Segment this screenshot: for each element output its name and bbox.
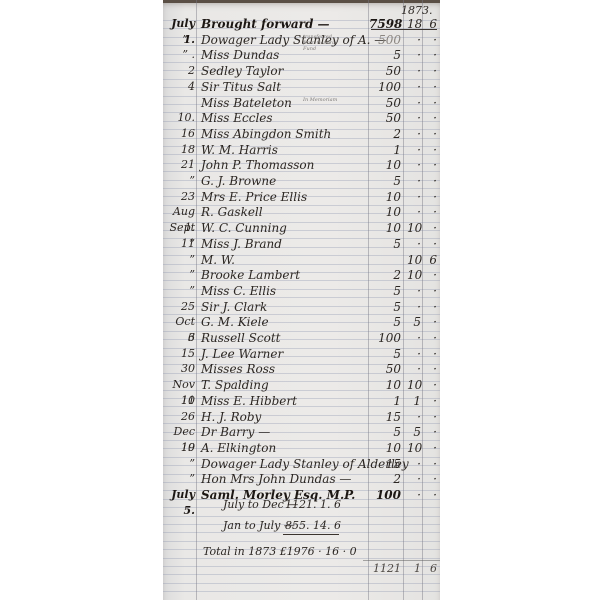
- ledger-row: 18W. M. Harris1··: [163, 142, 440, 158]
- entry-pence: ·: [425, 267, 437, 283]
- entry-date: July 5.: [165, 487, 195, 519]
- entry-pounds: 5: [369, 424, 401, 440]
- ledger-row: ”Hon Mrs John Dundas —2··: [163, 471, 440, 487]
- entry-pounds: 15: [369, 456, 401, 472]
- entry-shillings: ·: [407, 204, 421, 220]
- entry-date: ” .: [165, 47, 195, 63]
- entry-name: R. Gaskell: [201, 204, 263, 220]
- ledger-row: 30Misses Ross50··: [163, 361, 440, 377]
- entry-date: ”: [165, 283, 195, 299]
- ledger-row: ”M. W.106: [163, 252, 440, 268]
- ledger-row: 2Sedley Taylor50··: [163, 63, 440, 79]
- entry-date: ”: [165, 236, 195, 252]
- ledger-row: Oct 3G. M. Kiele55·: [163, 314, 440, 330]
- entry-shillings: ·: [407, 157, 421, 173]
- entry-pence: 6: [425, 252, 437, 268]
- entry-pence: ·: [425, 110, 437, 126]
- entry-pence: ·: [425, 63, 437, 79]
- ledger-row: 21John P. Thomasson10··: [163, 157, 440, 173]
- entry-name: Sir J. Clark: [201, 299, 267, 315]
- entry-date: 23: [165, 189, 195, 205]
- entry-shillings: 18: [407, 16, 421, 32]
- entry-name: G. M. Kiele: [201, 314, 269, 330]
- entry-pounds: 10: [369, 377, 401, 393]
- ruled-line: [163, 558, 440, 559]
- entry-shillings: 10: [407, 440, 421, 456]
- entry-pence: ·: [425, 377, 437, 393]
- entry-name: Miss E. Hibbert: [201, 393, 297, 409]
- entry-date: 11: [165, 393, 195, 409]
- entry-name: W. C. Cunning: [201, 220, 287, 236]
- entry-pence: ·: [425, 204, 437, 220]
- entry-name: Mrs E. Price Ellis: [201, 189, 307, 205]
- entry-shillings: ·: [407, 283, 421, 299]
- entry-pounds: 5: [369, 236, 401, 252]
- entry-shillings: 10: [407, 252, 421, 268]
- entry-shillings: ·: [407, 95, 421, 111]
- entry-pence: ·: [425, 409, 437, 425]
- entry-date: ”: [165, 267, 195, 283]
- summary-line-july-dec: July to Dec — 1121. 1. 6: [223, 498, 298, 511]
- ledger-row: ”Dowager Lady Stanley of Alderley15··: [163, 456, 440, 472]
- entry-pence: ·: [425, 189, 437, 205]
- entry-date: 25: [165, 299, 195, 315]
- entry-pounds: 10: [369, 220, 401, 236]
- entry-date: 15: [165, 346, 195, 362]
- entry-pounds: 50: [369, 63, 401, 79]
- ledger-row: ” .Dowager Lady Stanley of A. —transferr…: [163, 32, 440, 48]
- entry-pounds: 100: [369, 330, 401, 346]
- entry-pence: ·: [425, 471, 437, 487]
- entry-pence: ·: [425, 236, 437, 252]
- ledger-row: 19A. Elkington1010·: [163, 440, 440, 456]
- entry-shillings: ·: [407, 110, 421, 126]
- entry-date: ”: [165, 173, 195, 189]
- entry-pence: ·: [425, 95, 437, 111]
- entry-pence: ·: [425, 283, 437, 299]
- entry-shillings: ·: [407, 330, 421, 346]
- entry-shillings: ·: [407, 299, 421, 315]
- entry-shillings: ·: [407, 142, 421, 158]
- entry-shillings: ·: [407, 63, 421, 79]
- ledger-row: ”Brooke Lambert210·: [163, 267, 440, 283]
- entry-pounds: 5: [369, 47, 401, 63]
- entry-shillings: ·: [407, 189, 421, 205]
- entry-pence: ·: [425, 487, 437, 503]
- entry-pence: ·: [425, 346, 437, 362]
- entry-name: Miss Eccles: [201, 110, 273, 126]
- entry-shillings: ·: [407, 236, 421, 252]
- entry-name: Dr Barry —: [201, 424, 270, 440]
- entry-date: 16: [165, 126, 195, 142]
- entry-name: J. Lee Warner: [201, 346, 283, 362]
- ruled-line: [163, 583, 440, 584]
- entry-pence: ·: [425, 314, 437, 330]
- entry-pence: ·: [425, 142, 437, 158]
- entry-name: Miss J. Brand: [201, 236, 282, 252]
- ledger-row: July 1.Brought forward —7598186: [163, 16, 440, 32]
- entry-shillings: ·: [407, 173, 421, 189]
- entry-name: H. J. Roby: [201, 409, 261, 425]
- ledger-row: ”G. J. Browne5··: [163, 173, 440, 189]
- entry-shillings: 1: [407, 393, 421, 409]
- entry-date: 26: [165, 409, 195, 425]
- ruled-line: [163, 532, 440, 533]
- entry-pounds: 15: [369, 409, 401, 425]
- entry-shillings: ·: [407, 32, 421, 48]
- entry-pence: ·: [425, 299, 437, 315]
- entry-pounds: 50: [369, 361, 401, 377]
- entry-name: Miss Dundas: [201, 47, 279, 63]
- entry-pounds: 5: [369, 173, 401, 189]
- entry-name: Brought forward —: [201, 16, 330, 32]
- entry-date: 19: [165, 440, 195, 456]
- entry-pounds: 5: [369, 299, 401, 315]
- entry-pence: ·: [425, 79, 437, 95]
- entry-date: 30: [165, 361, 195, 377]
- ledger-row: 10.Miss Eccles50··: [163, 110, 440, 126]
- entry-name: T. Spalding: [201, 377, 269, 393]
- entry-shillings: ·: [407, 126, 421, 142]
- entry-pence: ·: [425, 424, 437, 440]
- ruled-line: [163, 591, 440, 592]
- entry-name: G. J. Browne: [201, 173, 276, 189]
- entry-shillings: ·: [407, 471, 421, 487]
- ledger-row: 6Russell Scott100··: [163, 330, 440, 346]
- entry-date: 4: [165, 79, 195, 95]
- annual-total: Total in 1873 £1976 · 16 · 0: [203, 545, 357, 558]
- entry-pounds: 1: [369, 142, 401, 158]
- ledger-row: Aug 1.R. Gaskell10··: [163, 204, 440, 220]
- entry-shillings: 5: [407, 314, 421, 330]
- ledger-row: Miss BateletonIn Memoriam50··: [163, 95, 440, 111]
- final-total-rule: [363, 560, 440, 561]
- entry-name: Miss C. Ellis: [201, 283, 276, 299]
- entry-pounds: 500: [369, 32, 401, 48]
- entry-pounds: 10: [369, 157, 401, 173]
- entry-date: 21: [165, 157, 195, 173]
- entry-pounds: 10: [369, 189, 401, 205]
- entry-pence: ·: [425, 157, 437, 173]
- entry-date: 18: [165, 142, 195, 158]
- final-pounds: 1121: [367, 562, 401, 575]
- entry-shillings: 10: [407, 220, 421, 236]
- entry-pence: ·: [425, 361, 437, 377]
- entry-pounds: 5: [369, 346, 401, 362]
- entry-pounds: 10: [369, 204, 401, 220]
- entry-name: Miss Abingdon Smith: [201, 126, 331, 142]
- ledger-row: 4Sir Titus Salt100··: [163, 79, 440, 95]
- ledger-row: ”Miss J. Brand5··: [163, 236, 440, 252]
- summary-underline: [283, 534, 339, 535]
- ledger-row: 16Miss Abingdon Smith2··: [163, 126, 440, 142]
- ledger-row: 11Miss E. Hibbert11·: [163, 393, 440, 409]
- entry-pounds: 10: [369, 440, 401, 456]
- entry-pounds: 50: [369, 110, 401, 126]
- entry-date: 6: [165, 330, 195, 346]
- entry-pounds: 100: [369, 487, 401, 503]
- entry-pence: ·: [425, 173, 437, 189]
- entry-pounds: 2: [369, 267, 401, 283]
- entry-name: Brooke Lambert: [201, 267, 300, 283]
- entry-shillings: ·: [407, 361, 421, 377]
- entry-name: W. M. Harris: [201, 142, 278, 158]
- ledger-row: 15J. Lee Warner5··: [163, 346, 440, 362]
- entry-pence: ·: [425, 393, 437, 409]
- entry-shillings: ·: [407, 79, 421, 95]
- ruled-line: [163, 516, 440, 517]
- entry-date: ”: [165, 471, 195, 487]
- ruled-line: [163, 541, 440, 542]
- ledger-page: 1873. July 1.Brought forward —7598186” .…: [163, 0, 440, 600]
- entry-shillings: 10: [407, 267, 421, 283]
- entry-name: Miss Bateleton: [201, 95, 292, 111]
- summary-value: 1121. 1. 6: [285, 498, 341, 511]
- entry-pence: ·: [425, 330, 437, 346]
- entry-note: In Memoriam: [303, 97, 343, 103]
- entry-shillings: ·: [407, 456, 421, 472]
- ledger-row: Nov 10T. Spalding1010·: [163, 377, 440, 393]
- summary-value: 855. 14. 6: [285, 519, 341, 532]
- entry-pounds: 2: [369, 471, 401, 487]
- entry-pounds: 1: [369, 393, 401, 409]
- entry-pounds: 100: [369, 79, 401, 95]
- entry-name: Hon Mrs John Dundas —: [201, 471, 351, 487]
- entry-pence: ·: [425, 440, 437, 456]
- ledger-row: Dec 10Dr Barry —55·: [163, 424, 440, 440]
- entry-pounds: 5: [369, 283, 401, 299]
- entry-shillings: ·: [407, 47, 421, 63]
- final-shillings: 1: [409, 562, 421, 575]
- entry-shillings: ·: [407, 409, 421, 425]
- ledger-row: 25Sir J. Clark5··: [163, 299, 440, 315]
- ledger-row: 26H. J. Roby15··: [163, 409, 440, 425]
- entry-name: Russell Scott: [201, 330, 280, 346]
- entry-shillings: 5: [407, 424, 421, 440]
- ledger-row: ”Miss C. Ellis5··: [163, 283, 440, 299]
- entry-date: ”: [165, 456, 195, 472]
- entry-name: Misses Ross: [201, 361, 275, 377]
- entry-shillings: ·: [407, 487, 421, 503]
- entry-name: Dowager Lady Stanley of A. —: [201, 32, 386, 48]
- ledger-row: Sept 11W. C. Cunning1010·: [163, 220, 440, 236]
- entry-pounds: 2: [369, 126, 401, 142]
- entry-shillings: 10: [407, 377, 421, 393]
- entry-name: Sir Titus Salt: [201, 79, 281, 95]
- entry-name: M. W.: [201, 252, 235, 268]
- entry-pounds: 7598: [369, 16, 401, 32]
- page-top-edge: [163, 0, 440, 3]
- final-pence: 6: [425, 562, 437, 575]
- entry-name: John P. Thomasson: [201, 157, 314, 173]
- entry-date: 2: [165, 63, 195, 79]
- entry-shillings: ·: [407, 346, 421, 362]
- entry-date: 10.: [165, 110, 195, 126]
- entry-pence: 6: [425, 16, 437, 32]
- entry-pence: ·: [425, 32, 437, 48]
- entry-date: ” .: [165, 32, 195, 48]
- entry-pounds: 50: [369, 95, 401, 111]
- entry-pounds: 5: [369, 314, 401, 330]
- ledger-row: 23Mrs E. Price Ellis10··: [163, 189, 440, 205]
- entry-name: Sedley Taylor: [201, 63, 283, 79]
- entry-pence: ·: [425, 456, 437, 472]
- entry-pence: ·: [425, 47, 437, 63]
- entry-pence: ·: [425, 126, 437, 142]
- entry-name: A. Elkington: [201, 440, 276, 456]
- entry-pence: ·: [425, 220, 437, 236]
- entry-date: ”: [165, 252, 195, 268]
- ledger-row: ” .Miss Dundas5··: [163, 47, 440, 63]
- summary-line-jan-july: Jan to July — 855. 14. 6: [223, 519, 295, 532]
